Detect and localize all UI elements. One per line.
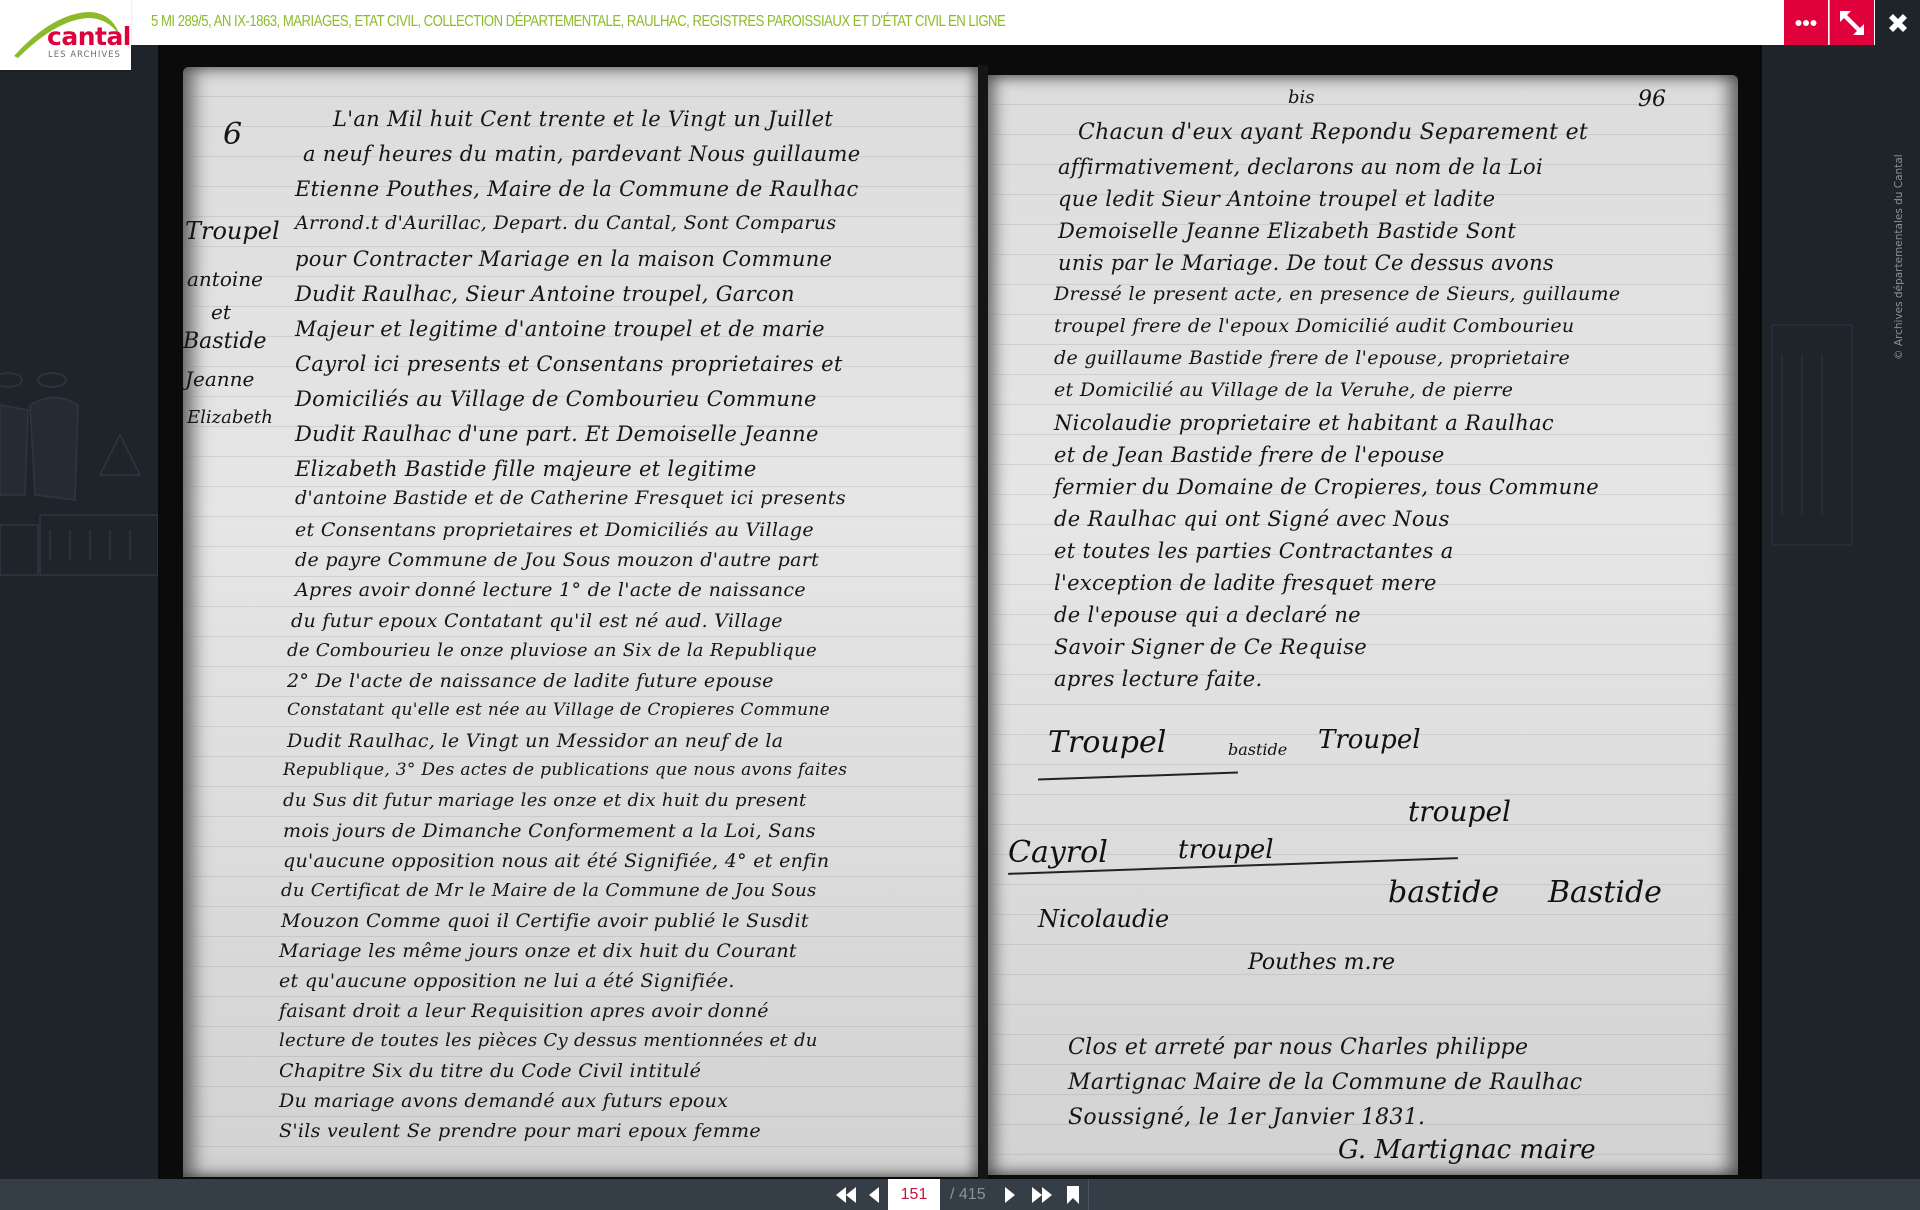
logo-subtitle: LES ARCHIVES — [48, 50, 121, 60]
more-options-button[interactable] — [1784, 0, 1828, 45]
margin-note: Bastide — [183, 329, 267, 354]
header-bar: 5 MI 289/5, AN IX-1863, MARIAGES, ETAT C… — [0, 0, 1920, 45]
toolbar-divider — [1088, 1179, 1089, 1210]
text-line: Savoir Signer de Ce Requise — [1054, 635, 1367, 659]
text-line: Demoiselle Jeanne Elizabeth Bastide Sont — [1058, 219, 1516, 243]
text-line: du Certificat de Mr le Maire de la Commu… — [281, 880, 817, 901]
decorative-background-illustration — [1762, 295, 1862, 575]
text-line: et Consentans proprietaires et Domicilié… — [295, 519, 814, 541]
pagination-bar: / 415 — [0, 1179, 1920, 1210]
register-scan-image[interactable]: 6 Troupel antoine et Bastide Jeanne Eliz… — [158, 45, 1762, 1179]
text-line: pour Contracter Mariage en la maison Com… — [295, 247, 832, 271]
document-title: 5 MI 289/5, AN IX-1863, MARIAGES, ETAT C… — [151, 13, 1005, 31]
text-line: du futur epoux Contatant qu'il est né au… — [291, 610, 783, 632]
text-line: affirmativement, declarons au nom de la … — [1058, 155, 1543, 179]
closing-line: Soussigné, le 1er Janvier 1831. — [1068, 1105, 1425, 1130]
text-line: Dressé le present acte, en presence de S… — [1054, 283, 1620, 305]
next-page-icon — [1004, 1186, 1016, 1204]
text-line: et de Jean Bastide frere de l'epouse — [1054, 443, 1445, 467]
text-line: Cayrol ici presents et Consentans propri… — [295, 352, 843, 376]
first-page-button[interactable] — [832, 1179, 860, 1210]
text-line: Dudit Raulhac d'une part. Et Demoiselle … — [295, 422, 819, 446]
close-icon — [1886, 11, 1910, 35]
text-line: du Sus dit futur mariage les onze et dix… — [283, 790, 807, 811]
bookmark-icon — [1066, 1185, 1080, 1205]
act-number: 6 — [223, 117, 242, 152]
signature: Troupel — [1318, 725, 1421, 755]
folio-number: 96 — [1638, 87, 1666, 112]
text-line: Domiciliés au Village de Combourieu Comm… — [295, 387, 817, 411]
text-line: de guillaume Bastide frere de l'epouse, … — [1054, 347, 1570, 369]
signature: bastide — [1388, 875, 1499, 910]
text-line: a neuf heures du matin, pardevant Nous g… — [303, 142, 860, 166]
text-line: que ledit Sieur Antoine troupel et ladit… — [1058, 187, 1495, 211]
text-line: l'exception de ladite fresquet mere — [1054, 571, 1437, 595]
margin-note: et — [211, 300, 231, 324]
text-line: de Raulhac qui ont Signé avec Nous — [1054, 507, 1450, 531]
text-line: Du mariage avons demandé aux futurs epou… — [279, 1090, 728, 1112]
text-line: Mariage les même jours onze et dix huit … — [279, 940, 797, 962]
first-page-icon — [834, 1186, 858, 1204]
closing-line: Clos et arreté par nous Charles philippe — [1068, 1035, 1528, 1060]
text-line: d'antoine Bastide et de Catherine Fresqu… — [295, 487, 846, 509]
margin-note: Troupel — [185, 217, 280, 245]
text-line: Arrond.t d'Aurillac, Depart. du Cantal, … — [295, 212, 836, 234]
next-page-button[interactable] — [1002, 1179, 1018, 1210]
text-line: de payre Commune de Jou Sous mouzon d'au… — [295, 549, 819, 571]
signature: Bastide — [1548, 875, 1662, 910]
signature: bastide — [1228, 740, 1287, 759]
book-gutter — [978, 65, 988, 1179]
signature: troupel — [1408, 795, 1511, 828]
margin-note: antoine — [187, 267, 263, 291]
text-line: et Domicilié au Village de la Veruhe, de… — [1054, 379, 1513, 401]
left-page: 6 Troupel antoine et Bastide Jeanne Eliz… — [183, 67, 978, 1177]
text-line: troupel frere de l'epoux Domicilié audit… — [1054, 315, 1574, 337]
text-line: qu'aucune opposition nous ait été Signif… — [283, 850, 829, 872]
text-line: Majeur et legitime d'antoine troupel et … — [295, 317, 825, 341]
margin-note: Jeanne — [185, 367, 254, 391]
text-line: lecture de toutes les pièces Cy dessus m… — [279, 1030, 818, 1051]
text-line: fermier du Domaine de Cropieres, tous Co… — [1054, 475, 1599, 499]
logo-wordmark: cantal — [47, 24, 131, 49]
text-line: 2° De l'acte de naissance de ladite futu… — [287, 670, 774, 692]
header-note: bis — [1288, 87, 1315, 108]
text-line: Nicolaudie proprietaire et habitant a Ra… — [1054, 411, 1554, 435]
total-pages: / 415 — [950, 1186, 986, 1204]
text-line: faisant droit a leur Requisition apres a… — [279, 1000, 769, 1022]
fullscreen-button[interactable] — [1829, 0, 1874, 45]
bookmark-button[interactable] — [1064, 1179, 1082, 1210]
text-line: Constatant qu'elle est née au Village de… — [287, 700, 830, 720]
text-line: et qu'aucune opposition ne lui a été Sig… — [279, 970, 735, 992]
copyright-notice: © Archives départementales du Cantal — [1893, 154, 1905, 360]
text-line: apres lecture faite. — [1054, 667, 1262, 691]
signature: Pouthes m.re — [1248, 950, 1395, 975]
margin-note: Elizabeth — [187, 407, 273, 428]
previous-page-button[interactable] — [866, 1179, 882, 1210]
text-line: Dudit Raulhac, le Vingt un Messidor an n… — [287, 730, 783, 752]
signature: Cayrol — [1008, 835, 1108, 870]
decorative-background-illustration — [0, 335, 158, 595]
closing-line: Martignac Maire de la Commune de Raulhac — [1068, 1070, 1582, 1095]
text-line: de l'epouse qui a declaré ne — [1054, 603, 1361, 627]
last-page-icon — [1030, 1186, 1054, 1204]
ellipsis-icon — [1795, 19, 1817, 27]
text-line: S'ils veulent Se prendre pour mari epoux… — [279, 1120, 761, 1142]
text-line: Dudit Raulhac, Sieur Antoine troupel, Ga… — [295, 282, 795, 306]
last-page-button[interactable] — [1028, 1179, 1056, 1210]
signature: Troupel — [1048, 725, 1166, 760]
text-line: de Combourieu le onze pluviose an Six de… — [287, 640, 817, 661]
text-line: mois jours de Dimanche Conformement a la… — [283, 820, 816, 842]
previous-page-icon — [868, 1186, 880, 1204]
text-line: Etienne Pouthes, Maire de la Commune de … — [295, 177, 859, 201]
text-line: et toutes les parties Contractantes a — [1054, 539, 1454, 563]
cantal-archives-logo[interactable]: cantal LES ARCHIVES — [0, 0, 131, 70]
document-viewer[interactable]: 6 Troupel antoine et Bastide Jeanne Eliz… — [0, 45, 1920, 1179]
signature: Nicolaudie — [1038, 905, 1169, 933]
text-line: L'an Mil huit Cent trente et le Vingt un… — [333, 107, 833, 131]
text-line: unis par le Mariage. De tout Ce dessus a… — [1058, 251, 1554, 275]
text-line: Apres avoir donné lecture 1° de l'acte d… — [295, 579, 806, 601]
right-page: bis 96 Chacun d'eux ayant Repondu Separe… — [988, 75, 1738, 1175]
text-line: Mouzon Comme quoi il Certifie avoir publ… — [281, 910, 809, 932]
expand-arrows-icon — [1838, 9, 1866, 37]
text-line: Chacun d'eux ayant Repondu Separement et — [1078, 120, 1588, 145]
close-viewer-button[interactable] — [1875, 0, 1920, 45]
text-line: Republique, 3° Des actes de publications… — [283, 760, 847, 780]
signature: troupel — [1178, 835, 1274, 865]
current-page-input[interactable] — [888, 1179, 940, 1210]
text-line: Chapitre Six du titre du Code Civil inti… — [279, 1060, 701, 1082]
text-line: Elizabeth Bastide fille majeure et legit… — [295, 457, 757, 481]
mayor-signature: G. Martignac maire — [1338, 1135, 1596, 1165]
